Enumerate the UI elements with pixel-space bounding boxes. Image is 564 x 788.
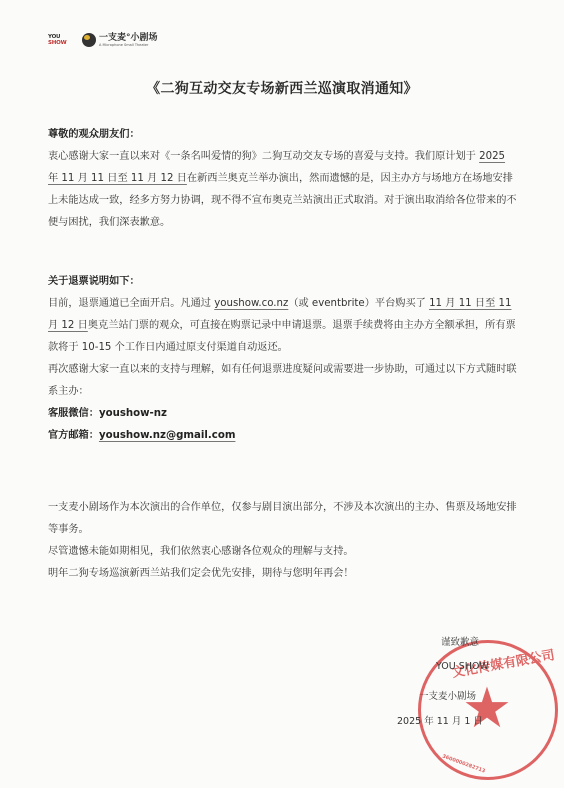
intro-paragraph: 衷心感谢大家一直以来对《一条名叫爱情的狗》二狗互动交友专场的喜爱与支持。我们原计…: [48, 146, 518, 234]
thanks-line: 尽管遗憾未能如期相见，我们依然衷心感谢各位观众的理解与支持。: [48, 541, 518, 563]
microphone-icon: [82, 33, 96, 47]
header-logos: YOU SHOW 一支麦°小剧场 A Microphone Small Thea…: [48, 31, 158, 49]
next-year-line: 明年二狗专场巡演新西兰站我们定会优先安排，期待与您明年再会！: [48, 563, 518, 585]
signature-theatre: 一支麦小剧场: [419, 688, 476, 702]
greeting: 尊敬的观众朋友们：: [48, 124, 518, 146]
contact-intro: 再次感谢大家一直以来的支持与理解，如有任何退票进度疑问或需要进一步协助，可通过以…: [48, 359, 518, 403]
wechat-line: 客服微信：youshow-nz: [48, 403, 518, 425]
wechat-id: youshow-nz: [99, 408, 167, 419]
youshow-logo: YOU SHOW: [48, 33, 70, 47]
site-link[interactable]: youshow.co.nz: [214, 298, 288, 309]
email-line: 官方邮箱：youshow.nz@gmail.com: [48, 425, 518, 447]
signature-date: 2025 年 11 月 1 日: [397, 713, 483, 727]
signature-youshow: YOU SHOW: [436, 661, 489, 672]
email-link[interactable]: youshow.nz@gmail.com: [99, 430, 236, 441]
partner-note: 一支麦小剧场作为本次演出的合作单位，仅参与剧目演出部分，不涉及本次演出的主办、售…: [48, 497, 518, 541]
refund-paragraph: 目前，退票通道已全面开启。凡通过 youshow.co.nz（或 eventbr…: [48, 293, 518, 359]
theatre-logo: 一支麦°小剧场 A Microphone Small Theater: [82, 33, 158, 47]
regards: 谨致歉意: [441, 634, 479, 648]
document-title: 《二狗互动交友专场新西兰巡演取消通知》: [0, 78, 564, 98]
refund-heading: 关于退票说明如下：: [48, 271, 518, 293]
